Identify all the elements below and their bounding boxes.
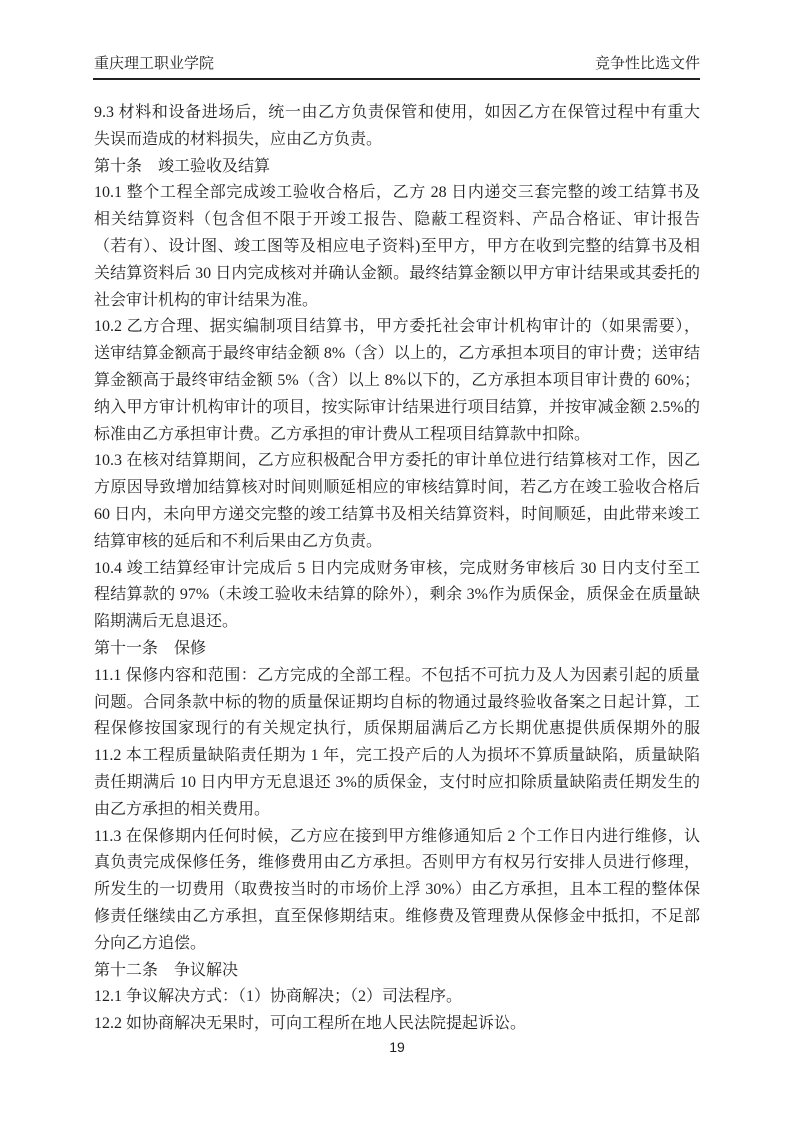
paragraph-line: 11.1 保修内容和范围：乙方完成的全部工程。不包括不可抗力及人为因素引起的质量 <box>94 663 700 690</box>
paragraph-line: 由乙方承担的相关费用。 <box>94 797 700 824</box>
paragraph-line: 送审结算金额高于最终审结金额 8%（含）以上的，乙方承担本项目的审计费；送审结 <box>94 341 700 368</box>
paragraph-line: 相关结算资料（包含但不限于开竣工报告、隐蔽工程资料、产品合格证、审计报告 <box>94 207 700 234</box>
paragraph-line: 12.1 争议解决方式：（1）协商解决；（2）司法程序。 <box>94 984 700 1011</box>
page-footer: 19 <box>0 1039 794 1055</box>
paragraph-line: 程结算款的 97%（未竣工验收未结算的除外），剩余 3%作为质保金，质保金在质量… <box>94 582 700 609</box>
paragraph-line: 程保修按国家现行的有关规定执行，质保期届满后乙方长期优惠提供质保期外的服务。 <box>94 716 700 743</box>
paragraph-line: 10.4 竣工结算经审计完成后 5 日内完成财务审核，完成财务审核后 30 日内… <box>94 556 700 583</box>
section-heading: 第十一条 保修 <box>94 636 700 663</box>
paragraph-line: 修责任继续由乙方承担，直至保修期结束。维修费及管理费从保修金中抵扣，不足部 <box>94 904 700 931</box>
paragraph-line: 问题。合同条款中标的物的质量保证期均自标的物通过最终验收备案之日起计算，工 <box>94 690 700 717</box>
header-left-text: 重庆理工职业学院 <box>94 55 214 73</box>
paragraph-line: 真负责完成保修任务，维修费用由乙方承担。否则甲方有权另行安排人员进行修理， <box>94 850 700 877</box>
paragraph-line: 纳入甲方审计机构审计的项目，按实际审计结果进行项目结算，并按审减金额 2.5%的 <box>94 395 700 422</box>
header-right-text: 竞争性比选文件 <box>595 55 700 73</box>
paragraph-line: 9.3 材料和设备进场后，统一由乙方负责保管和使用，如因乙方在保管过程中有重大 <box>94 100 700 127</box>
paragraph-line: （若有）、设计图、竣工图等及相应电子资料)至甲方，甲方在收到完整的结算书及相 <box>94 234 700 261</box>
document-body: 9.3 材料和设备进场后，统一由乙方负责保管和使用，如因乙方在保管过程中有重大失… <box>94 100 700 1038</box>
paragraph-line: 10.1 整个工程全部完成竣工验收合格后，乙方 28 日内递交三套完整的竣工结算… <box>94 180 700 207</box>
paragraph-line: 10.2 乙方合理、据实编制项目结算书，甲方委托社会审计机构审计的（如果需要）， <box>94 314 700 341</box>
paragraph-line: 责任期满后 10 日内甲方无息退还 3%的质保金，支付时应扣除质量缺陷责任期发生… <box>94 770 700 797</box>
page-number: 19 <box>389 1039 405 1055</box>
paragraph-line: 结算审核的延后和不利后果由乙方负责。 <box>94 529 700 556</box>
paragraph-line: 关结算资料后 30 日内完成核对并确认金额。最终结算金额以甲方审计结果或其委托的 <box>94 261 700 288</box>
paragraph-line: 社会审计机构的审计结果为准。 <box>94 288 700 315</box>
paragraph-line: 11.2 本工程质量缺陷责任期为 1 年，完工投产后的人为损坏不算质量缺陷，质量… <box>94 743 700 770</box>
paragraph-line: 60 日内，未向甲方递交完整的竣工结算书及相关结算资料，时间顺延，由此带来竣工 <box>94 502 700 529</box>
paragraph-line: 所发生的一切费用（取费按当时的市场价上浮 30%）由乙方承担，且本工程的整体保 <box>94 877 700 904</box>
paragraph-line: 失误而造成的材料损失，应由乙方负责。 <box>94 127 700 154</box>
paragraph-line: 12.2 如协商解决无果时，可向工程所在地人民法院提起诉讼。 <box>94 1011 700 1038</box>
page-header: 重庆理工职业学院 竞争性比选文件 <box>94 55 700 73</box>
paragraph-line: 11.3 在保修期内任何时候，乙方应在接到甲方维修通知后 2 个工作日内进行维修… <box>94 824 700 851</box>
paragraph-line: 分向乙方追偿。 <box>94 931 700 958</box>
paragraph-line: 标准由乙方承担审计费。乙方承担的审计费从工程项目结算款中扣除。 <box>94 422 700 449</box>
document-page: 重庆理工职业学院 竞争性比选文件 9.3 材料和设备进场后，统一由乙方负责保管和… <box>0 0 794 1122</box>
section-heading: 第十二条 争议解决 <box>94 958 700 985</box>
paragraph-line: 10.3 在核对结算期间，乙方应积极配合甲方委托的审计单位进行结算核对工作，因乙 <box>94 448 700 475</box>
header-rule <box>93 78 700 80</box>
section-heading: 第十条 竣工验收及结算 <box>94 154 700 181</box>
paragraph-line: 算金额高于最终审结金额 5%（含）以上 8%以下的，乙方承担本项目审计费的 60… <box>94 368 700 395</box>
paragraph-line: 陷期满后无息退还。 <box>94 609 700 636</box>
paragraph-line: 方原因导致增加结算核对时间则顺延相应的审核结算时间，若乙方在竣工验收合格后 <box>94 475 700 502</box>
